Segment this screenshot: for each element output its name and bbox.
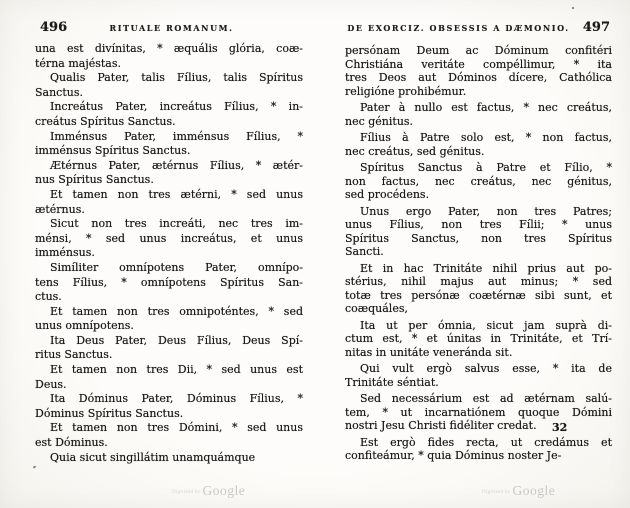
paragraph: Fílius à Patre solo est, * non factus,ne… xyxy=(345,131,612,158)
watermark-prefix: Digitized by xyxy=(172,490,200,495)
text-line: creátus Spíritus Sanctus. xyxy=(35,115,303,130)
text-line: Quia sicut singillátim unamquámque xyxy=(35,451,303,466)
text-line: Dóminus Spíritus Sanctus. xyxy=(35,407,303,422)
text-line: Et tamen non tres omnipoténtes, * sed xyxy=(35,305,303,320)
text-line: nostri Jesu Christi fidéliter credat. xyxy=(345,419,612,433)
paragraph: Sed necessárium est ad ætérnam salú-tem,… xyxy=(345,392,612,433)
text-line: Sanctus. xyxy=(35,86,303,101)
text-line: Ita ut per ómnia, sicut jam suprà di- xyxy=(345,319,612,333)
paragraph: Sicut non tres increáti, nec tres im-mén… xyxy=(35,217,303,261)
text-line: coæquáles, xyxy=(345,302,612,316)
text-line: Unus ergo Pater, non tres Patres; xyxy=(345,205,612,219)
paragraph: persónam Deum ac Dóminum confitériChrist… xyxy=(345,44,612,98)
text-line: ménsi, * sed unus increátus, et unus xyxy=(35,232,303,247)
paragraph: Increátus Pater, increátus Fílius, * in-… xyxy=(35,100,303,129)
text-line: Pater à nullo est factus, * nec creátus, xyxy=(345,101,612,115)
paragraph: Et tamen non tres ætérni, * sed unusætér… xyxy=(35,188,303,217)
text-line: Sancti. xyxy=(345,245,612,259)
paragraph: una est divínitas, * æquális glória, coæ… xyxy=(35,42,303,71)
paragraph: Simíliter omnípotens Pater, omnípo-tens … xyxy=(35,261,303,305)
running-title-left: RITUALE ROMANUM. xyxy=(40,23,303,33)
google-logo-text: Google xyxy=(202,483,245,498)
paragraph: Et in hac Trinitáte nihil prius aut po-s… xyxy=(345,262,612,316)
text-line: ætérnus. xyxy=(35,203,303,218)
text-line: stérius, nihil majus aut minus; * sed xyxy=(345,275,612,289)
text-line: sed procédens. xyxy=(345,188,612,202)
text-line: Qualis Pater, talis Fílius, talis Spírit… xyxy=(35,71,303,86)
paragraph: Ita Deus Pater, Deus Fílius, Deus Spí-ri… xyxy=(35,334,303,363)
text-line: una est divínitas, * æquális glória, coæ… xyxy=(35,42,303,57)
google-logo-text: Google xyxy=(512,483,555,498)
watermark-prefix: Digitized by xyxy=(482,490,510,495)
text-line: nitas in unitáte veneránda sit. xyxy=(345,346,612,360)
scan-speck xyxy=(572,7,574,9)
text-line: tens Fílius, * omnípotens Spíritus San- xyxy=(35,276,303,291)
text-line: Et tamen non tres Dii, * sed unus est xyxy=(35,363,303,378)
text-line: Imménsus Pater, imménsus Fílius, * xyxy=(35,130,303,145)
paragraph: Et tamen non tres omnipoténtes, * sedunu… xyxy=(35,305,303,334)
signature-mark: 32 xyxy=(552,421,567,434)
paragraph: Est ergò fides recta, ut credámus etconf… xyxy=(345,436,612,463)
text-column-right: persónam Deum ac Dóminum confitériChrist… xyxy=(345,44,612,463)
running-title-right: DE EXORCIZ. OBSESSIS A DÆMONIO. xyxy=(335,23,582,33)
paragraph: Imménsus Pater, imménsus Fílius, *imméns… xyxy=(35,130,303,159)
text-line: Spíritus Sanctus à Patre et Fílio, * xyxy=(345,161,612,175)
text-line: Sicut non tres increáti, nec tres im- xyxy=(35,217,303,232)
text-line: nec creátus, sed génitus. xyxy=(345,145,612,159)
paragraph: Ætérnus Pater, ætérnus Fílius, * ætér-nu… xyxy=(35,159,303,188)
text-column-left: una est divínitas, * æquális glória, coæ… xyxy=(35,42,303,465)
text-line: Trinitáte séntiat. xyxy=(345,376,612,390)
text-line: persónam Deum ac Dóminum confitéri xyxy=(345,44,612,58)
text-line: Et in hac Trinitáte nihil prius aut po- xyxy=(345,262,612,276)
text-line: Ita Deus Pater, Deus Fílius, Deus Spí- xyxy=(35,334,303,349)
text-line: nus Spíritus Sanctus. xyxy=(35,173,303,188)
running-head-right: DE EXORCIZ. OBSESSIS A DÆMONIO. 497 xyxy=(315,20,630,34)
text-line: est Dóminus. xyxy=(35,436,303,451)
paragraph: Qui vult ergò salvus esse, * ita deTrini… xyxy=(345,362,612,389)
text-line: ctus. xyxy=(35,290,303,305)
text-line: tem, * ut incarnatiónem quoque Dómini xyxy=(345,406,612,420)
text-line: unus Fílius, non tres Fílii; * unus xyxy=(345,218,612,232)
text-line: unus omnípotens. xyxy=(35,319,303,334)
text-line: Est ergò fides recta, ut credámus et xyxy=(345,436,612,450)
google-watermark-left: Digitized byGoogle xyxy=(172,482,245,500)
text-line: térna majéstas. xyxy=(35,57,303,72)
text-line: ctum est, * et únitas in Trinitáte, et T… xyxy=(345,332,612,346)
paragraph: Qualis Pater, talis Fílius, talis Spírit… xyxy=(35,71,303,100)
text-line: nec génitus. xyxy=(345,115,612,129)
text-line: imménsus Spíritus Sanctus. xyxy=(35,144,303,159)
text-line: Et tamen non tres ætérni, * sed unus xyxy=(35,188,303,203)
paragraph: Unus ergo Pater, non tres Patres;unus Fí… xyxy=(345,205,612,259)
text-line: confiteámur, * quia Dóminus noster Je- xyxy=(345,449,612,463)
text-line: Et tamen non tres Dómini, * sed unus xyxy=(35,421,303,436)
text-line: Simíliter omnípotens Pater, omnípo- xyxy=(35,261,303,276)
text-line: religióne prohibémur. xyxy=(345,85,612,99)
text-line: Increátus Pater, increátus Fílius, * in- xyxy=(35,100,303,115)
running-head-left: 496 RITUALE ROMANUM. xyxy=(0,20,315,34)
text-line: totæ tres persónæ coætérnæ sibi sunt, et xyxy=(345,289,612,303)
text-line: imménsus. xyxy=(35,246,303,261)
text-line: tres Deos aut Dóminos dícere, Cathólica xyxy=(345,71,612,85)
google-watermark-right: Digitized byGoogle xyxy=(482,482,555,500)
text-line: Ætérnus Pater, ætérnus Fílius, * ætér- xyxy=(35,159,303,174)
text-line: Christiána veritáte compéllimur, * ita xyxy=(345,58,612,72)
page-left: 496 RITUALE ROMANUM. una est divínitas, … xyxy=(0,0,315,508)
paragraph: Et tamen non tres Dómini, * sed unusest … xyxy=(35,421,303,450)
book-scan: 496 RITUALE ROMANUM. una est divínitas, … xyxy=(0,0,630,508)
text-line: Ita Dóminus Pater, Dóminus Fílius, * xyxy=(35,392,303,407)
text-line: Fílius à Patre solo est, * non factus, xyxy=(345,131,612,145)
text-line: Sed necessárium est ad ætérnam salú- xyxy=(345,392,612,406)
text-line: Deus. xyxy=(35,378,303,393)
paragraph: Quia sicut singillátim unamquámque xyxy=(35,451,303,466)
paragraph: Ita ut per ómnia, sicut jam suprà di-ctu… xyxy=(345,319,612,360)
paragraph: Pater à nullo est factus, * nec creátus,… xyxy=(345,101,612,128)
paragraph: Ita Dóminus Pater, Dóminus Fílius, *Dómi… xyxy=(35,392,303,421)
paragraph: Spíritus Sanctus à Patre et Fílio, *non … xyxy=(345,161,612,202)
page-number-right: 497 xyxy=(583,20,610,35)
text-line: Qui vult ergò salvus esse, * ita de xyxy=(345,362,612,376)
paragraph: Et tamen non tres Dii, * sed unus estDeu… xyxy=(35,363,303,392)
text-line: ritus Sanctus. xyxy=(35,348,303,363)
page-right: DE EXORCIZ. OBSESSIS A DÆMONIO. 497 pers… xyxy=(315,0,630,508)
text-line: non factus, nec creátus, nec génitus, xyxy=(345,175,612,189)
text-line: Spíritus Sanctus, non tres Spíritus xyxy=(345,232,612,246)
